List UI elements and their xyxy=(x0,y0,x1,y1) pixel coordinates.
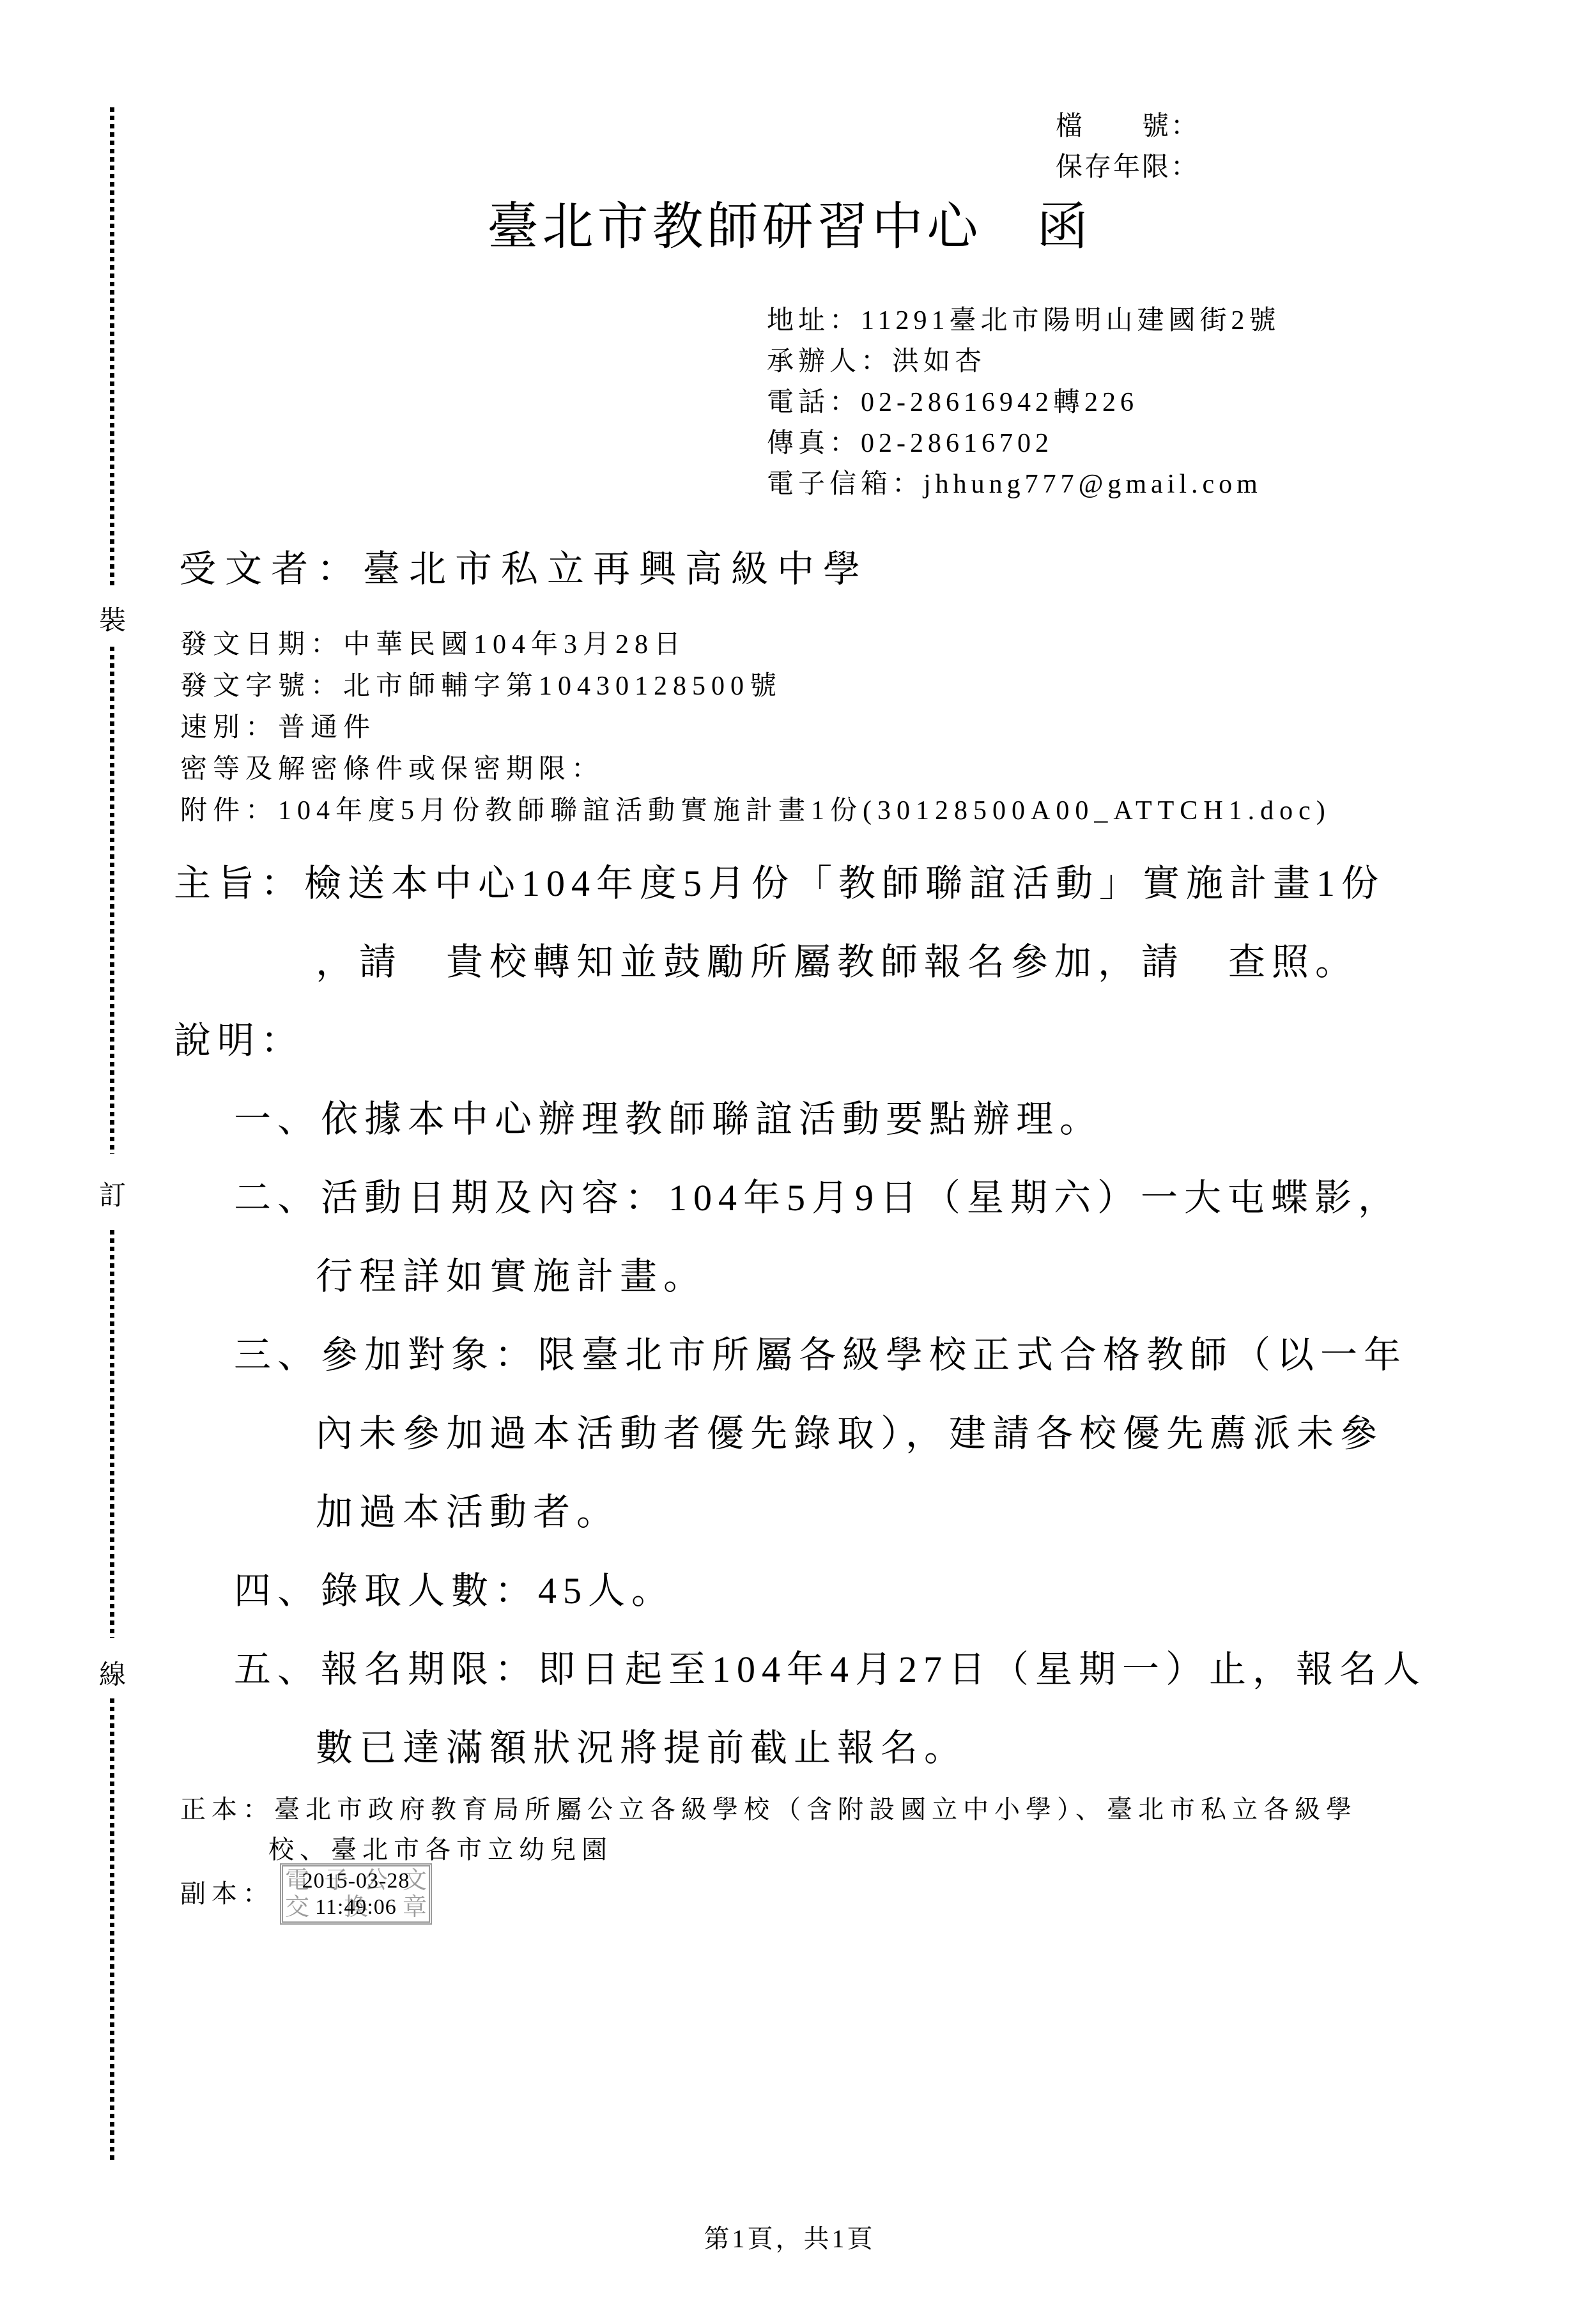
binding-mark-xian: 線 xyxy=(99,1654,126,1692)
binding-dotted-line-segment-3 xyxy=(110,1230,114,1638)
carbon-copy-label: 副本： xyxy=(180,1874,274,1910)
sender-fax: 傳真：02-28616702 xyxy=(767,422,1053,460)
page-number-footer: 第1頁，共1頁 xyxy=(0,2219,1579,2255)
sender-email: 電子信箱：jhhung777@gmail.com xyxy=(767,463,1262,501)
subject-line-2: ，請 貴校轉知並鼓勵所屬教師報名參加，請 查照。 xyxy=(316,932,1359,985)
binding-dotted-line-segment-1 xyxy=(110,107,114,585)
electronic-exchange-stamp: 電子公文 交換章 2015-03-28 11:49:06 xyxy=(280,1863,432,1925)
subject-line-1: 主旨：檢送本中心104年度5月份「教師聯誼活動」實施計畫1份 xyxy=(174,853,1385,907)
explanation-item-1: 一、依據本中心辦理教師聯誼活動要點辦理。 xyxy=(234,1089,1103,1143)
binding-dotted-line-segment-2 xyxy=(110,647,114,1154)
document-title: 臺北市教師研習中心 函 xyxy=(0,185,1579,259)
explanation-item-3: 三、參加對象：限臺北市所屬各級學校正式合格教師（以一年 xyxy=(234,1325,1407,1378)
explanation-item-2: 二、活動日期及內容：104年5月9日（星期六）一大屯蝶影， xyxy=(234,1167,1401,1221)
explanation-item-5: 五、報名期限：即日起至104年4月27日（星期一）止，報名人 xyxy=(234,1639,1426,1693)
file-number-label: 檔 號： xyxy=(1056,107,1199,146)
explanation-item-4: 四、錄取人數：45人。 xyxy=(234,1560,675,1614)
binding-mark-zhuang: 裝 xyxy=(99,599,126,638)
explanation-item-3-cont-1: 內未參加過本活動者優先錄取），建請各校優先薦派未參 xyxy=(316,1403,1383,1457)
recipient-line: 受文者：臺北市私立再興高級中學 xyxy=(179,539,869,592)
explanation-item-5-cont: 數已達滿額狀況將提前截止報名。 xyxy=(316,1718,967,1771)
explanation-heading: 說明： xyxy=(174,1010,304,1064)
sender-contact-person: 承辦人：洪如杏 xyxy=(767,340,986,378)
official-letter-page: 檔 號： 保存年限： 臺北市教師研習中心 函 地址：11291臺北市陽明山建國街… xyxy=(0,0,1579,2324)
security-class-line: 密等及解密條件或保密期限： xyxy=(180,748,604,786)
binding-mark-ding: 訂 xyxy=(99,1174,126,1213)
explanation-item-2-cont: 行程詳如實施計畫。 xyxy=(316,1246,707,1300)
stamp-date: 2015-03-28 xyxy=(302,1868,410,1894)
doc-number-line: 發文字號：北市師輔字第10430128500號 xyxy=(180,665,782,703)
sender-phone: 電話：02-28616942轉226 xyxy=(767,381,1138,419)
explanation-item-3-cont-2: 加過本活動者。 xyxy=(316,1482,620,1535)
retention-period-label: 保存年限： xyxy=(1056,148,1199,187)
original-copy-line-2: 校、臺北市各市立幼兒園 xyxy=(268,1829,613,1866)
stamp-datetime: 2015-03-28 11:49:06 xyxy=(283,1866,429,1921)
attachment-line: 附件：104年度5月份教師聯誼活動實施計畫1份(30128500A00_ATTC… xyxy=(180,789,1331,827)
speed-class-line: 速別：普通件 xyxy=(180,706,376,744)
issue-date-line: 發文日期：中華民國104年3月28日 xyxy=(180,623,686,661)
stamp-time: 11:49:06 xyxy=(315,1894,397,1920)
original-copy-line-1: 正本：臺北市政府教育局所屬公立各級學校（含附設國立中小學）、臺北市私立各級學 xyxy=(180,1789,1357,1826)
binding-dotted-line-segment-4 xyxy=(110,1698,114,2160)
sender-address: 地址：11291臺北市陽明山建國街2號 xyxy=(767,299,1280,337)
